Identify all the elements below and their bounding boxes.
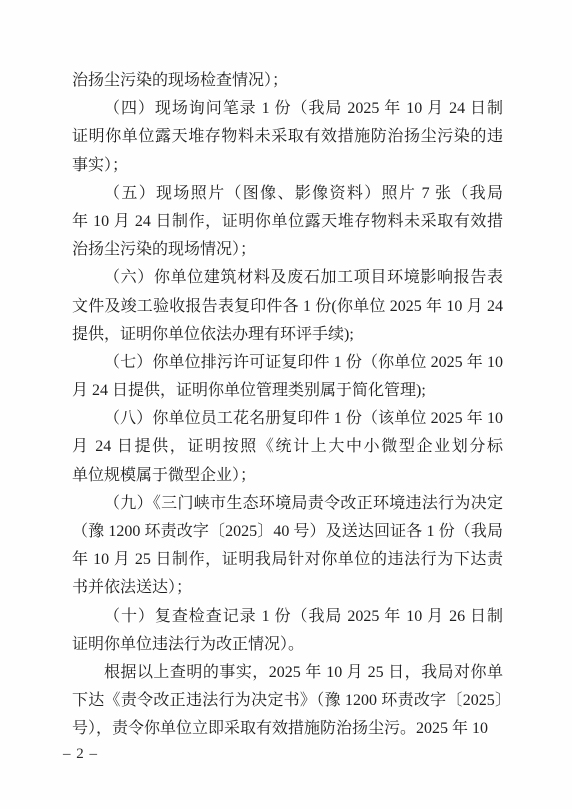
text-line: 年 10 月 24 日制作，证明你单位露天堆存物料未采取有效措施防 xyxy=(72,208,503,236)
text-line: 提供，证明你单位依法办理有环评手续); xyxy=(72,321,503,349)
text-line: 证明你单位违法行为改正情况）。 xyxy=(72,631,503,659)
text-line: 月 24 日提供，证明你单位管理类别属于简化管理); xyxy=(72,377,503,405)
text-line: 月 24 日提供，证明按照《统计上大中小微型企业划分标准》，你 xyxy=(72,433,503,461)
text-line: 根据以上查明的事实，2025 年 10 月 25 日，我局对你单位 xyxy=(72,659,503,687)
text-line: 下达《责令改正违法行为决定书》（豫 1200 环责改字〔2025〕40 xyxy=(72,687,503,715)
text-line: （十）复查检查记录 1 份（我局 2025 年 10 月 26 日制作， xyxy=(72,603,503,631)
text-line: 单位规模属于微型企业）； xyxy=(72,462,503,490)
text-line: 治扬尘污染的现场情况）； xyxy=(72,236,503,264)
text-line: 年 10 月 25 日制作，证明我局针对你单位的违法行为下达责改文 xyxy=(72,546,503,574)
text-line: 治扬尘污染的现场检查情况）； xyxy=(72,67,503,95)
text-line: 号），责令你单位立即采取有效措施防治扬尘污。2025 年 10 月 26 xyxy=(72,715,503,743)
text-line: （七）你单位排污许可证复印件 1 份（你单位 2025 年 10 xyxy=(72,349,503,377)
page-number: – 2 – xyxy=(63,746,98,763)
text-line: （九）《三门峡市生态环境局责令改正环境违法行为决定书》 xyxy=(72,490,503,518)
text-line: （六）你单位建筑材料及废石加工项目环境影响报告表批复 xyxy=(72,264,503,292)
text-line: 事实）； xyxy=(72,152,503,180)
text-line: 书并依法送达）； xyxy=(72,574,503,602)
document-page: 治扬尘污染的现场检查情况）；（四）现场询问笔录 1 份（我局 2025 年 10… xyxy=(0,0,572,809)
document-body: 治扬尘污染的现场检查情况）；（四）现场询问笔录 1 份（我局 2025 年 10… xyxy=(72,67,503,744)
text-line: （四）现场询问笔录 1 份（我局 2025 年 10 月 24 日制作， xyxy=(72,95,503,123)
text-line: （豫 1200 环责改字〔2025〕40 号）及送达回证各 1 份（我局 202… xyxy=(72,518,503,546)
text-line: （五）现场照片（图像、影像资料）照片 7 张（我局 2025 xyxy=(72,180,503,208)
text-line: 证明你单位露天堆存物料未采取有效措施防治扬尘污染的违法 xyxy=(72,123,503,151)
text-line: （八）你单位员工花名册复印件 1 份（该单位 2025 年 10 xyxy=(72,405,503,433)
text-line: 文件及竣工验收报告表复印件各 1 份(你单位 2025 年 10 月 24 日 xyxy=(72,293,503,321)
